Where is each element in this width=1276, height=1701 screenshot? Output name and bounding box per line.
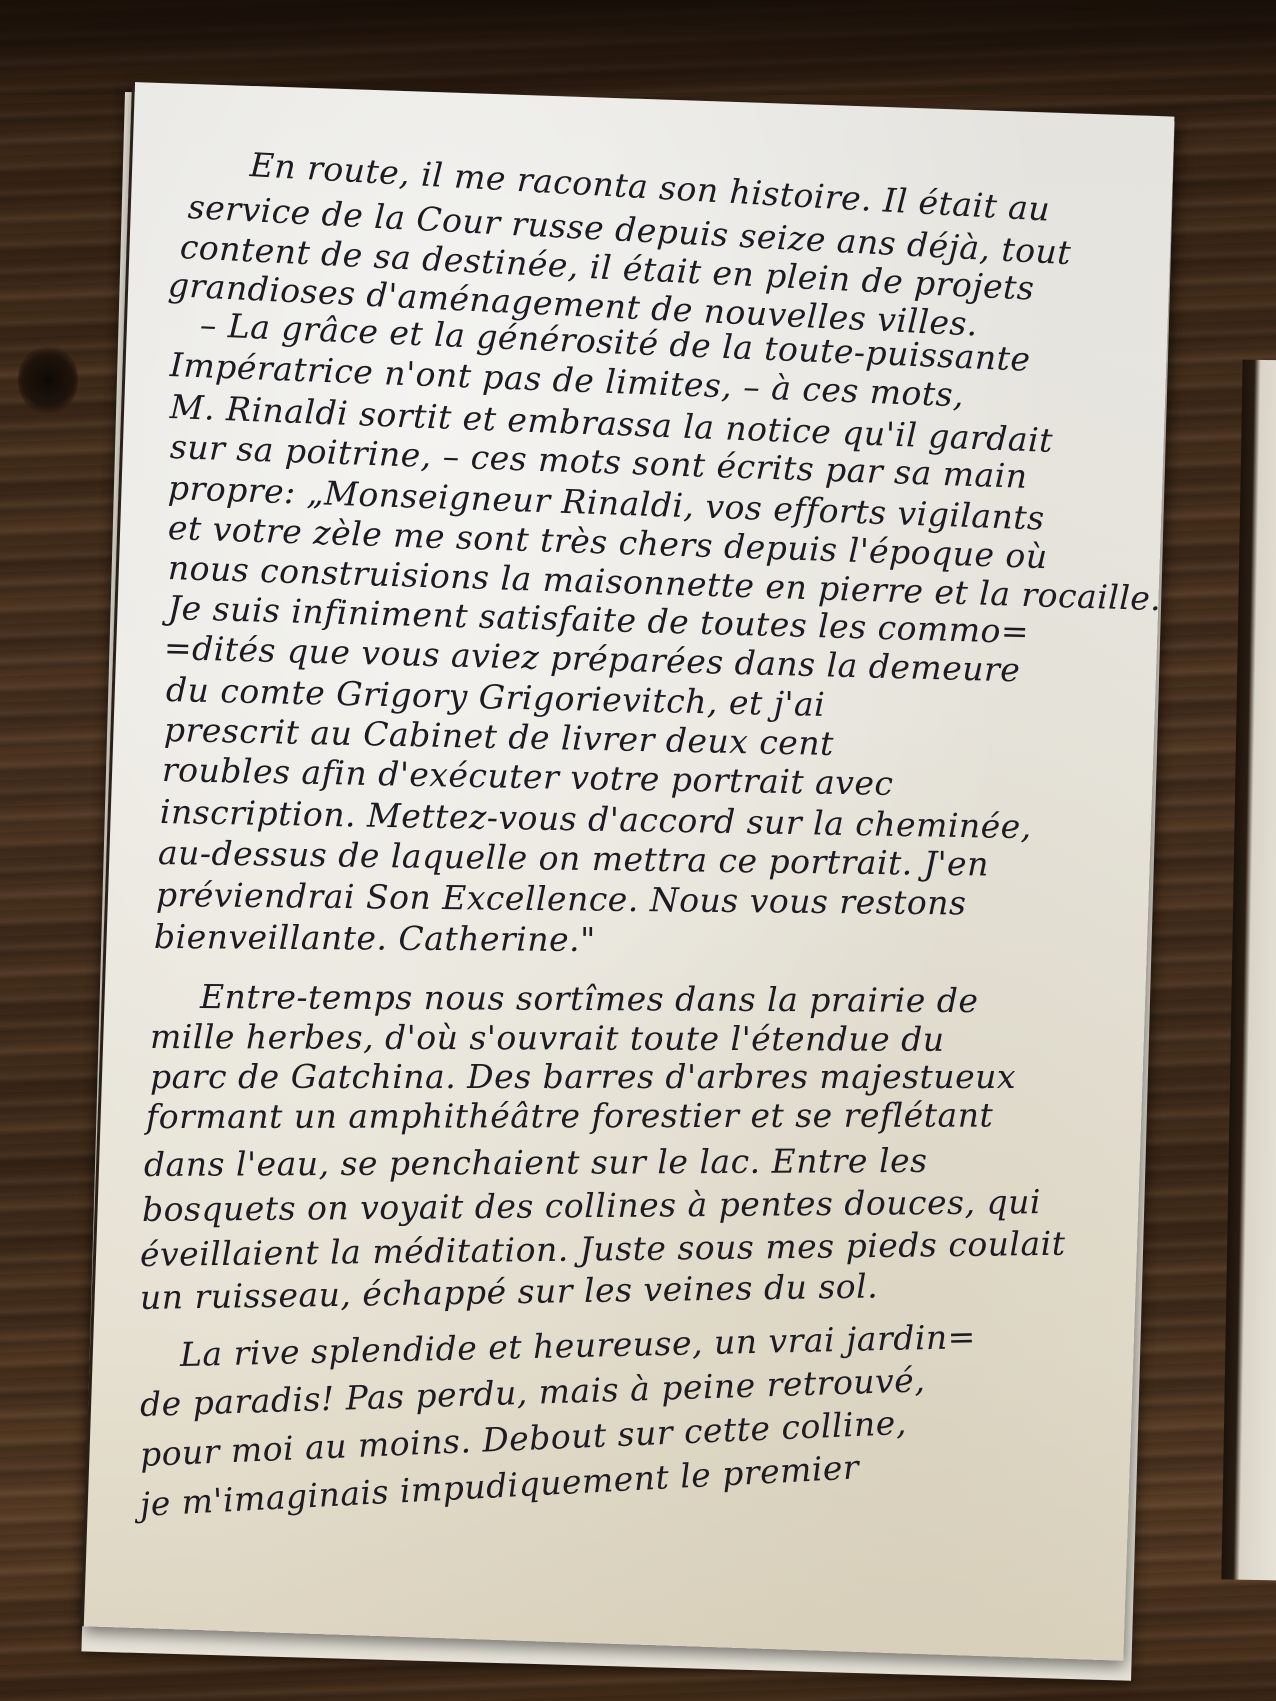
adjacent-paper-sheet xyxy=(1221,360,1276,1581)
manuscript-line: parc de Gatchina. Des barres d'arbres ma… xyxy=(150,1057,1016,1096)
manuscript-line: Entre-temps nous sortîmes dans la prairi… xyxy=(200,977,979,1020)
manuscript-line: formant un amphithéâtre forestier et se … xyxy=(146,1096,993,1136)
wood-shadow xyxy=(0,0,1276,95)
manuscript-line: mille herbes, d'où s'ouvrait toute l'éte… xyxy=(150,1017,945,1059)
manuscript-line: bienveillante. Catherine." xyxy=(154,917,596,959)
manuscript-line: dans l'eau, se penchaient sur le lac. En… xyxy=(144,1141,928,1184)
manuscript-line: bosquets on voyait des collines à pentes… xyxy=(142,1182,1041,1229)
wood-knot xyxy=(18,345,78,415)
